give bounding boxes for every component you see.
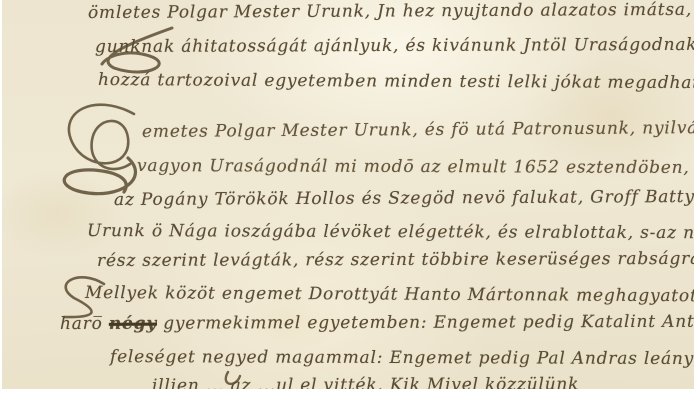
manuscript-line: ömletes Polgar Mester Urunk, Jn hez nyuj…	[88, 0, 692, 23]
manuscript-line: Urunk ö Nága ioszágába lévöket elégették…	[87, 221, 694, 243]
line-segment: gyermekimmel egyetemben: Engemet pedig K…	[157, 312, 694, 334]
manuscript-scan: ömletes Polgar Mester Urunk, Jn hez nyuj…	[0, 0, 700, 394]
manuscript-line: gunknak áhitatosságát ajánlyuk, és kiván…	[95, 35, 694, 57]
manuscript-paper: ömletes Polgar Mester Urunk, Jn hez nyuj…	[2, 0, 694, 389]
manuscript-line: feleséget negyed magammal: Engemet pedig…	[110, 347, 694, 369]
manuscript-line: emetes Polgar Mester Urunk, és fö utá Pa…	[142, 118, 694, 142]
manuscript-line: hozzá tartozoival egyetemben minden test…	[98, 70, 694, 93]
manuscript-line: rész szerint levágták, rész szerint több…	[97, 249, 694, 271]
struck-word: négy	[109, 314, 157, 334]
flourish-paragraph-initial	[69, 105, 134, 169]
line-segment: haro̅	[60, 314, 109, 334]
manuscript-line: Mellyek közöt engemet Dorottyát Hanto Má…	[85, 283, 694, 307]
manuscript-line-clipped: illien ... az ...ul el vitték. Kik Mivel…	[152, 375, 579, 389]
flourish-paragraph-initial-tail	[64, 158, 135, 194]
manuscript-line: az Pogány Törökök Hollos és Szegöd nevö …	[114, 187, 694, 210]
manuscript-line-with-strikethrough: haro̅ négy gyermekimmel egyetemben: Enge…	[60, 312, 694, 334]
manuscript-line: vagyon Uraságodnál mi modō az elmult 165…	[137, 156, 694, 178]
